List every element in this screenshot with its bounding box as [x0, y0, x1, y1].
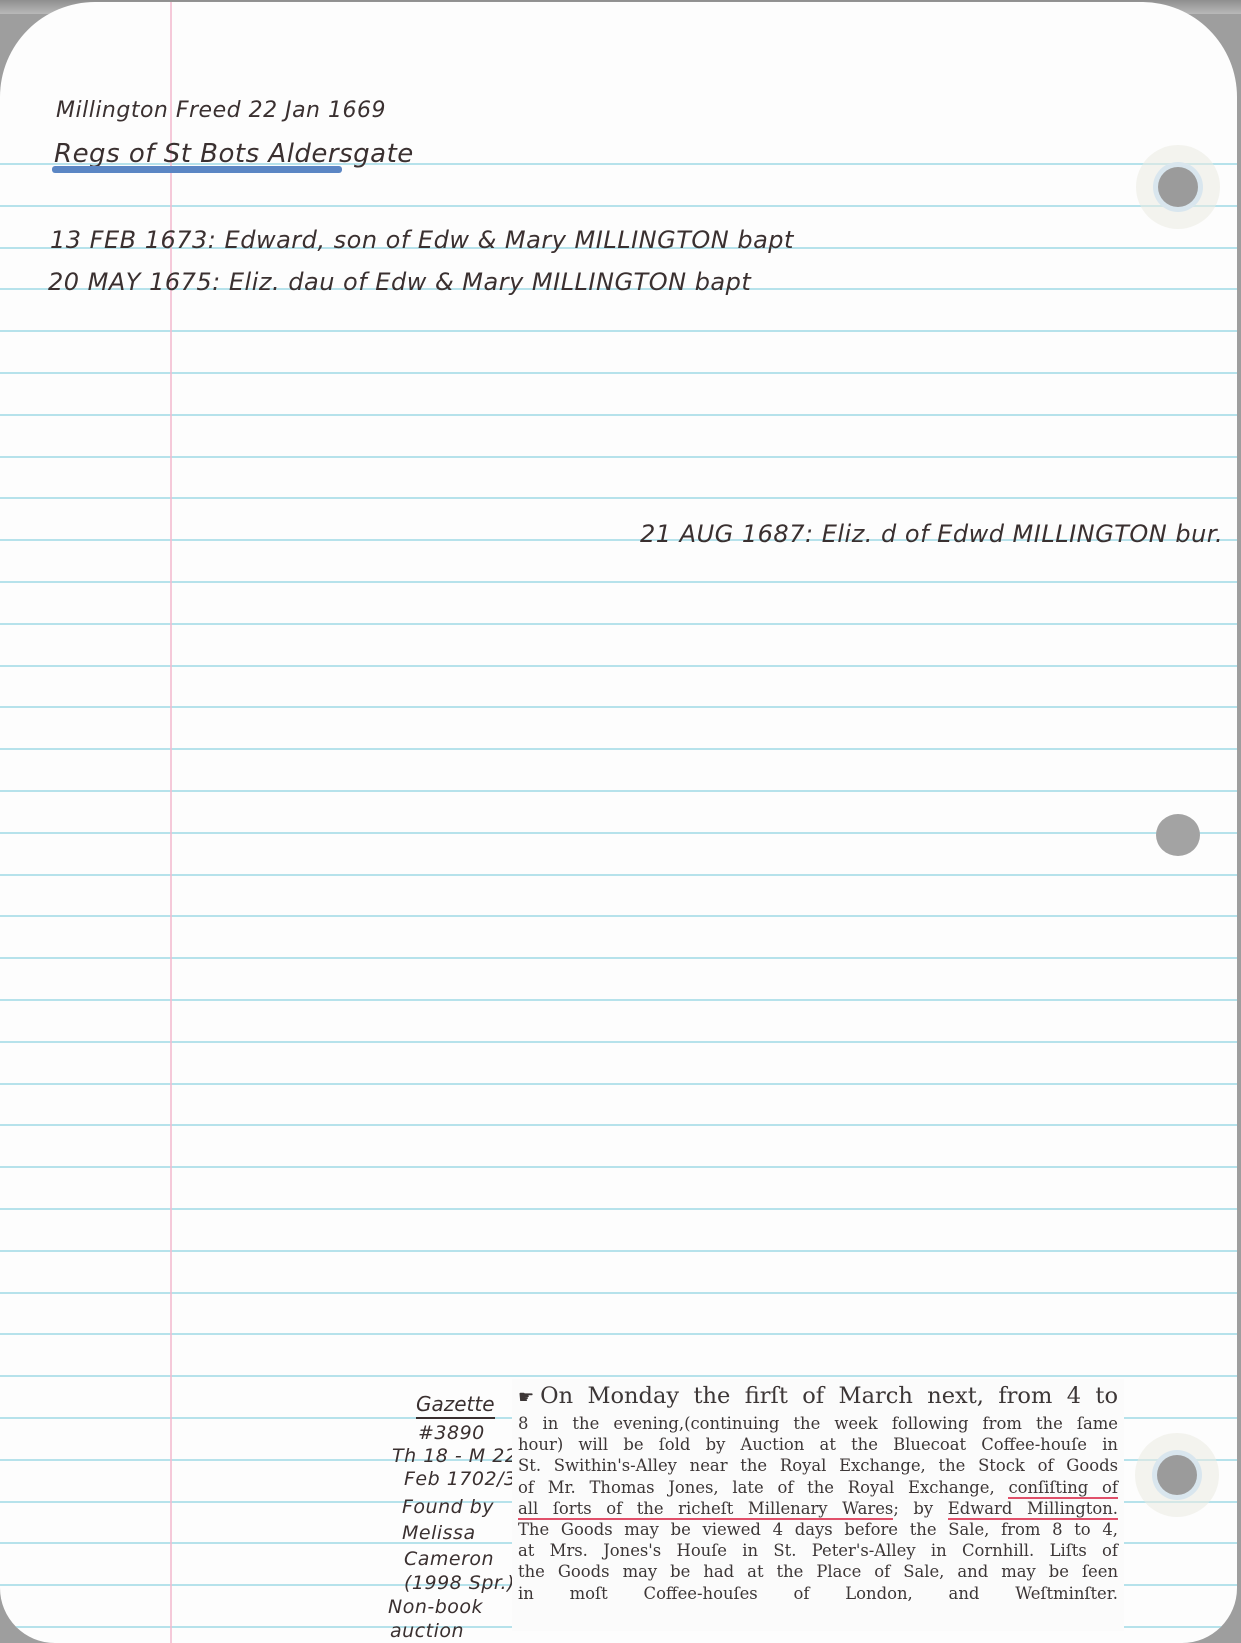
- found-by: Found by: [402, 1496, 494, 1518]
- rule-line: [0, 706, 1237, 708]
- punch-hole-bottom: [1157, 1455, 1197, 1495]
- rule-line: [0, 915, 1237, 917]
- rule-line: [0, 1166, 1237, 1168]
- rule-line: [0, 1375, 1237, 1377]
- entry-date: 13 FEB 1673:: [50, 226, 216, 254]
- finder-last-name: Cameron: [404, 1548, 494, 1570]
- rule-line: [0, 372, 1237, 374]
- clipping-line: the Goods may be had at the Place of Sal…: [518, 1561, 1118, 1582]
- gazette-dates: Th 18 - M 22: [392, 1445, 517, 1467]
- clipping-line: all ſorts of the richeſt Millenary Wares…: [518, 1498, 1118, 1519]
- rule-line: [0, 790, 1237, 792]
- entry-text: Eliz. d of Edwd MILLINGTON bur.: [822, 520, 1223, 548]
- entry-baptism-edward: 13 FEB 1673: Edward, son of Edw & Mary M…: [50, 226, 794, 254]
- rule-line: [0, 1041, 1237, 1043]
- clipping-line: in moſt Coffee-houſes of London, and Weſ…: [518, 1583, 1118, 1604]
- rule-line: [0, 1292, 1237, 1294]
- rule-line: [0, 1124, 1237, 1126]
- punch-hole-middle: [1156, 814, 1200, 856]
- note-type-2: auction: [390, 1620, 464, 1642]
- header-register-title: Regs of St Bots Aldersgate: [54, 139, 414, 169]
- rule-line: [0, 1333, 1237, 1335]
- gazette-title: Gazette: [416, 1392, 495, 1419]
- rule-line: [0, 832, 1237, 834]
- clipping-line: The Goods may be viewed 4 days before th…: [518, 1519, 1118, 1540]
- rule-line: [0, 999, 1237, 1001]
- rule-line: [0, 330, 1237, 332]
- rule-line: [0, 497, 1237, 499]
- rule-line: [0, 665, 1237, 667]
- entry-date: 21 AUG 1687:: [640, 520, 814, 548]
- rule-line: [0, 1208, 1237, 1210]
- rule-line: [0, 748, 1237, 750]
- clipping-line: ☛On Monday the firſt of March next, from…: [518, 1381, 1118, 1413]
- rule-line: [0, 456, 1237, 458]
- clipping-line: 8 in the evening,(continuing the week fo…: [518, 1413, 1118, 1434]
- red-underline-name: Edward Millington.: [948, 1499, 1118, 1520]
- punch-hole-top: [1158, 167, 1198, 207]
- rule-line: [0, 957, 1237, 959]
- rule-line: [0, 581, 1237, 583]
- rule-line: [0, 623, 1237, 625]
- clipping-line: of Mr. Thomas Jones, late of the Royal E…: [518, 1477, 1118, 1498]
- newspaper-clipping: ☛On Monday the firſt of March next, from…: [512, 1379, 1124, 1631]
- entry-date: 20 MAY 1675:: [48, 268, 221, 296]
- note-type: Non-book: [388, 1596, 483, 1618]
- notebook-page: Millington Freed 22 Jan 1669 Regs of St …: [0, 2, 1237, 1643]
- entry-burial-eliz: 21 AUG 1687: Eliz. d of Edwd MILLINGTON …: [640, 520, 1223, 548]
- blue-underline: [52, 166, 342, 173]
- clipping-line: hour) will be ſold by Auction at the Blu…: [518, 1434, 1118, 1455]
- header-freed-note: Millington Freed 22 Jan 1669: [56, 98, 386, 123]
- rule-line: [0, 1083, 1237, 1085]
- red-underline-wares: all ſorts of the richeſt Millenary Wares: [518, 1499, 893, 1520]
- entry-text: Eliz. dau of Edw & Mary MILLINGTON bapt: [229, 268, 751, 296]
- rule-line: [0, 414, 1237, 416]
- finder-first-name: Melissa: [402, 1522, 476, 1544]
- red-underline-consisting: conſiſting of: [1008, 1478, 1118, 1499]
- clipping-line: St. Swithin's-Alley near the Royal Excha…: [518, 1455, 1118, 1476]
- entry-baptism-eliz: 20 MAY 1675: Eliz. dau of Edw & Mary MIL…: [48, 268, 751, 296]
- gazette-number: #3890: [418, 1422, 485, 1444]
- rule-line: [0, 1250, 1237, 1252]
- rule-line: [0, 205, 1237, 207]
- entry-text: Edward, son of Edw & Mary MILLINGTON bap…: [225, 226, 794, 254]
- rule-line: [0, 874, 1237, 876]
- clipping-line: at Mrs. Jones's Houſe in St. Peter's-All…: [518, 1540, 1118, 1561]
- gazette-year: Feb 1702/3: [404, 1468, 517, 1490]
- found-date: (1998 Spr.): [404, 1572, 515, 1594]
- pointing-hand-icon: ☛: [518, 1387, 534, 1408]
